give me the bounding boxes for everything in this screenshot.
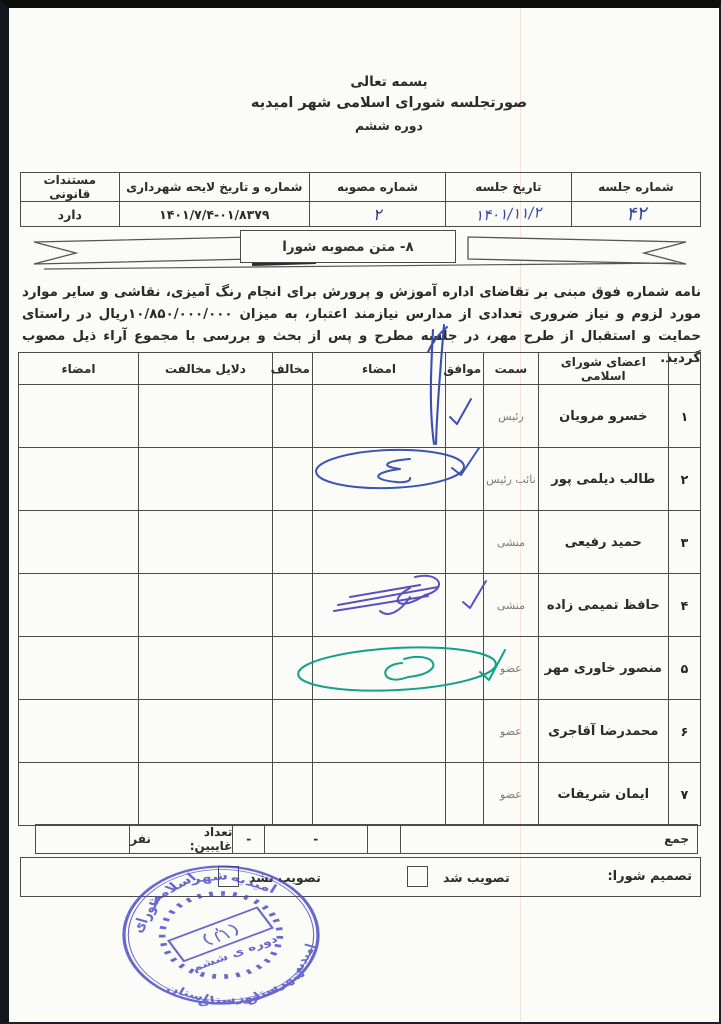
signature2-cell bbox=[19, 574, 139, 637]
decision-label: تصمیم شورا: bbox=[607, 869, 692, 884]
oppose-reason-cell bbox=[139, 385, 273, 448]
member-name: طالب دیلمی پور bbox=[538, 448, 668, 511]
oppose-reason-cell bbox=[139, 700, 273, 763]
absentees-label: تعداد غایبین: bbox=[163, 825, 233, 853]
signature2-cell bbox=[19, 511, 139, 574]
bismillah-line: بسمه تعالی bbox=[59, 74, 719, 90]
legal-docs-value: دارد bbox=[21, 202, 120, 227]
agree-cell bbox=[445, 448, 483, 511]
signature2-cell bbox=[19, 763, 139, 826]
row-number: ۲ bbox=[668, 448, 700, 511]
bill-number-date-value: ۱۴۰۱/۷/۴-۰۱/۸۳۷۹ bbox=[119, 202, 309, 227]
signature-cell bbox=[312, 637, 445, 700]
signature-cell bbox=[312, 511, 445, 574]
member-position: عضو bbox=[484, 763, 539, 826]
signature2-cell bbox=[19, 448, 139, 511]
approved-label: تصویب شد bbox=[443, 870, 510, 885]
row-number-header bbox=[668, 353, 700, 385]
signature-cell bbox=[312, 763, 445, 826]
signature2-header: امضاء bbox=[19, 353, 139, 385]
member-row: ۱ خسرو مرویان رئیس bbox=[19, 385, 701, 448]
signature-header: امضاء bbox=[312, 353, 445, 385]
member-position: منشی bbox=[484, 574, 539, 637]
members-table: اعضای شورای اسلامی سمت موافق امضاء مخالف… bbox=[18, 352, 701, 826]
session-number-header: شماره جلسه bbox=[571, 173, 700, 202]
absentees-unit: نفر bbox=[130, 832, 151, 846]
row-number: ۷ bbox=[668, 763, 700, 826]
member-row: ۴ حافظ تمیمی زاده منشی bbox=[19, 574, 701, 637]
approved-checkbox[interactable] bbox=[407, 866, 428, 887]
signature-cell bbox=[312, 574, 445, 637]
totals-label: جمع bbox=[400, 825, 697, 853]
totals-opposed-dash: - bbox=[232, 825, 264, 853]
oppose-cell bbox=[272, 763, 312, 826]
info-values-row: ۴۲ ۱۴۰۱/۱۱/۲ ۲ ۱۴۰۱/۷/۴-۰۱/۸۳۷۹ دارد bbox=[21, 202, 701, 227]
legal-docs-header: مستندات قانونی bbox=[21, 173, 120, 202]
oppose-reason-cell bbox=[139, 574, 273, 637]
member-name: حافظ تمیمی زاده bbox=[538, 574, 668, 637]
agree-header: موافق bbox=[445, 353, 483, 385]
member-name: خسرو مرویان bbox=[538, 385, 668, 448]
row-number: ۴ bbox=[668, 574, 700, 637]
banner-title-box: ۸- متن مصوبه شورا bbox=[240, 230, 456, 263]
member-name: حمید رفیعی bbox=[538, 511, 668, 574]
session-date-value: ۱۴۰۱/۱۱/۲ bbox=[446, 202, 572, 227]
totals-empty-cell bbox=[367, 825, 400, 853]
agree-cell bbox=[445, 574, 483, 637]
member-position: منشی bbox=[484, 511, 539, 574]
row-number: ۶ bbox=[668, 700, 700, 763]
agree-cell bbox=[445, 511, 483, 574]
oppose-cell bbox=[272, 700, 312, 763]
bill-number-date-header: شماره و تاریخ لایحه شهرداری bbox=[119, 173, 309, 202]
term-label: دوره ششم bbox=[59, 118, 719, 133]
oppose-reason-cell bbox=[139, 637, 273, 700]
oppose-reasons-header: دلایل مخالفت bbox=[139, 353, 273, 385]
signature-cell bbox=[312, 700, 445, 763]
signature-cell bbox=[312, 448, 445, 511]
resolution-banner: ۸- متن مصوبه شورا bbox=[28, 228, 692, 278]
oppose-reason-cell bbox=[139, 511, 273, 574]
scanned-document: { "header": { "bismillah": "بسمه تعالی",… bbox=[0, 0, 721, 1024]
members-header-row: اعضای شورای اسلامی سمت موافق امضاء مخالف… bbox=[19, 353, 701, 385]
agree-cell bbox=[445, 763, 483, 826]
member-position: رئیس bbox=[484, 385, 539, 448]
member-position: عضو bbox=[484, 700, 539, 763]
oppose-cell bbox=[272, 448, 312, 511]
totals-empty-cell bbox=[36, 825, 129, 853]
agree-cell bbox=[445, 637, 483, 700]
decision-row: تصمیم شورا: تصویب شد تصویب نشد bbox=[20, 857, 701, 897]
member-row: ۷ ایمان شریفات عضو bbox=[19, 763, 701, 826]
totals-row: جمع - - تعداد غایبین: نفر bbox=[35, 824, 698, 854]
row-number: ۳ bbox=[668, 511, 700, 574]
member-name: محمدرضا آقاجری bbox=[538, 700, 668, 763]
signature2-cell bbox=[19, 637, 139, 700]
session-date-header: تاریخ جلسه bbox=[446, 173, 572, 202]
resolution-number-header: شماره مصوبه bbox=[310, 173, 446, 202]
totals-signature-dash: - bbox=[264, 825, 366, 853]
oppose-cell bbox=[272, 574, 312, 637]
resolution-number-value: ۲ bbox=[310, 202, 446, 227]
member-name: منصور خاوری مهر bbox=[538, 637, 668, 700]
member-position: نائب رئیس bbox=[484, 448, 539, 511]
not-approved-checkbox[interactable] bbox=[218, 866, 239, 887]
agree-cell bbox=[445, 385, 483, 448]
member-row: ۵ منصور خاوری مهر عضو bbox=[19, 637, 701, 700]
session-number-value: ۴۲ bbox=[571, 202, 700, 227]
member-position: عضو bbox=[484, 637, 539, 700]
agree-cell bbox=[445, 700, 483, 763]
info-header-row: شماره جلسه تاریخ جلسه شماره مصوبه شماره … bbox=[21, 173, 701, 202]
row-number: ۱ bbox=[668, 385, 700, 448]
not-approved-label: تصویب نشد bbox=[249, 870, 321, 885]
oppose-header: مخالف bbox=[272, 353, 312, 385]
position-header: سمت bbox=[484, 353, 539, 385]
banner-label: ۸- متن مصوبه شورا bbox=[282, 239, 414, 255]
oppose-reason-cell bbox=[139, 448, 273, 511]
signature2-cell bbox=[19, 385, 139, 448]
member-name: ایمان شریفات bbox=[538, 763, 668, 826]
signature-cell bbox=[312, 385, 445, 448]
member-row: ۲ طالب دیلمی پور نائب رئیس bbox=[19, 448, 701, 511]
document-title: صورتجلسه شورای اسلامی شهر امیدیه bbox=[59, 95, 719, 111]
session-info-table: شماره جلسه تاریخ جلسه شماره مصوبه شماره … bbox=[20, 172, 701, 227]
oppose-cell bbox=[272, 511, 312, 574]
document-header: بسمه تعالی صورتجلسه شورای اسلامی شهر امی… bbox=[59, 74, 719, 133]
document-page: بسمه تعالی صورتجلسه شورای اسلامی شهر امی… bbox=[0, 0, 721, 1024]
members-header: اعضای شورای اسلامی bbox=[538, 353, 668, 385]
row-number: ۵ bbox=[668, 637, 700, 700]
member-row: ۳ حمید رفیعی منشی bbox=[19, 511, 701, 574]
absentees-cell: تعداد غایبین: نفر bbox=[129, 825, 232, 853]
oppose-cell bbox=[272, 385, 312, 448]
member-row: ۶ محمدرضا آقاجری عضو bbox=[19, 700, 701, 763]
oppose-cell bbox=[272, 637, 312, 700]
signature2-cell bbox=[19, 700, 139, 763]
oppose-reason-cell bbox=[139, 763, 273, 826]
